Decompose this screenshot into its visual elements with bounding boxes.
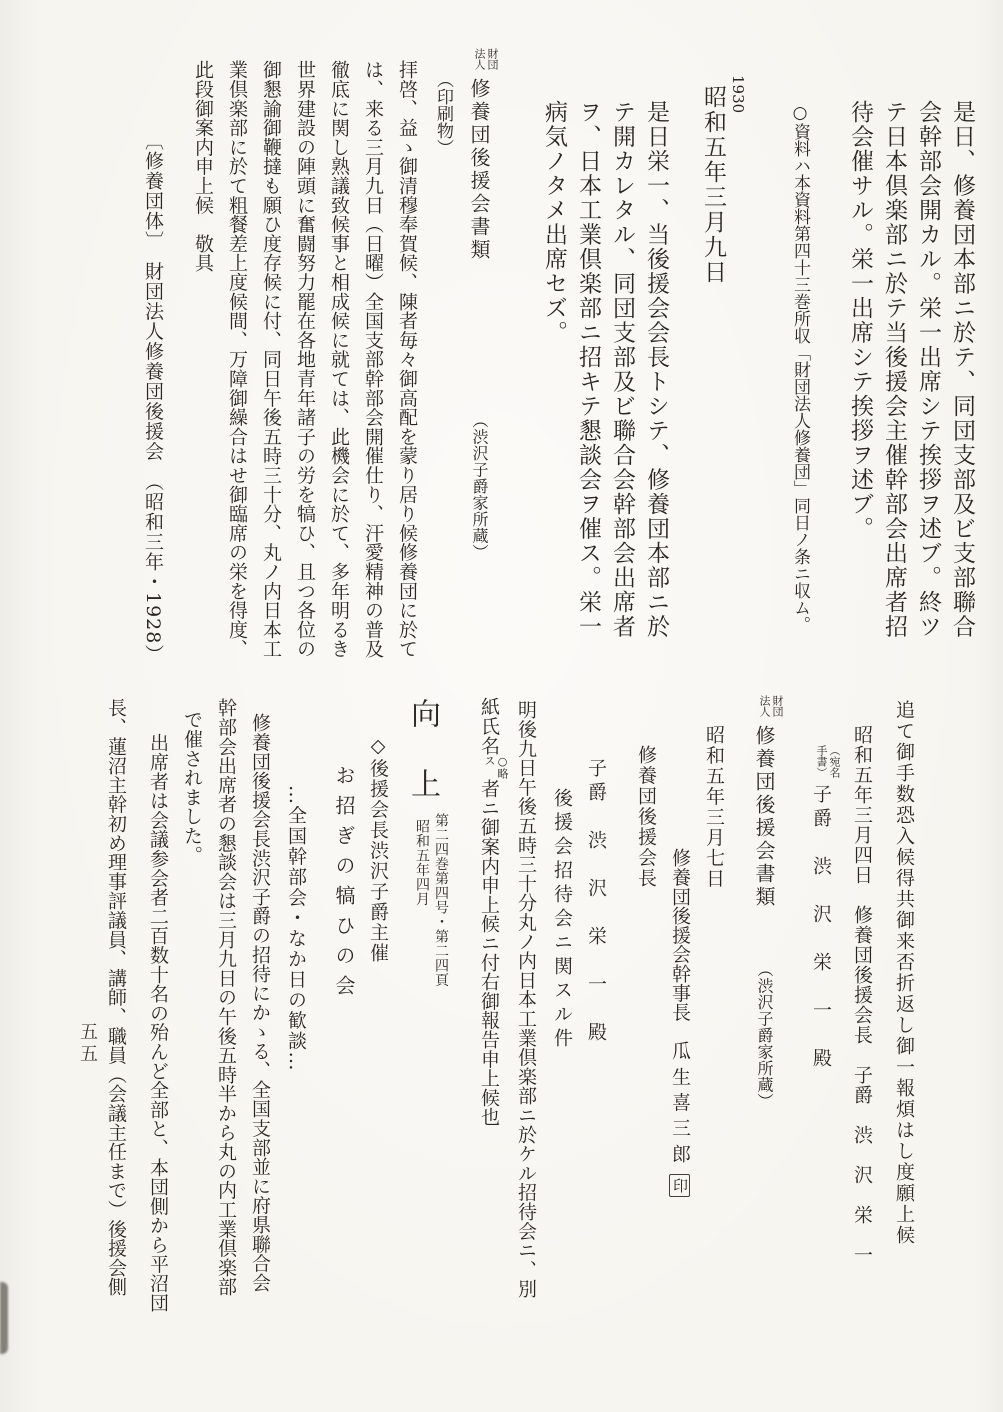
letter-closing: 此段御案内申上候 敬具 <box>186 45 220 667</box>
omission-note: ○略ス <box>483 755 509 779</box>
magazine-title-column: 向 上第二四巻第四号・第二四頁昭和五年四月 <box>405 695 450 1295</box>
article-body-line: 出席者は会議参会者二百数十名の殆んど全部と、本団側から平沼団 <box>141 695 175 1295</box>
org-name-small: 財団法人 <box>473 48 499 70</box>
format-note: （印刷物） <box>428 45 458 667</box>
source-citation: 〔修養団体〕 財団法人修養団後援会 （昭和三年・1928） <box>136 45 170 667</box>
entry-continuation-line: 会幹部会開カル。栄一出席シテ挨拶ヲ述ブ。終ツ <box>911 45 945 667</box>
entry-block-bottom: 追て御手数恐入候得共御来否折返し御一報煩はし度願上候 昭和五年三月四日 修養団後… <box>99 695 921 1295</box>
provenance-note: （渋沢子爵家所蔵） <box>755 961 774 1110</box>
seal-stamp: 印 <box>669 1174 690 1197</box>
document-title: 修養団後援会書類 <box>752 725 776 909</box>
article-subtitle: …全国幹部会・なか日の歓談… <box>279 695 313 1295</box>
document-title: 修養団後援会書類 <box>467 78 491 262</box>
article-body-line: 幹部会出席者の懇談会は三月九日の午後五時半から丸の内工業倶楽部 <box>209 695 243 1295</box>
report-body-text: 紙氏名 <box>478 697 500 755</box>
address-handwritten-note: （宛名手書） <box>815 745 841 778</box>
report-date: 昭和五年三月七日 <box>697 695 731 1295</box>
date-heading: 昭和五年三月九日 <box>699 45 727 667</box>
entry-line: テ開カレタル、同団支部及ビ聯合会幹部会出席者 <box>605 45 639 667</box>
letter-line: 御懇諭御鞭撻も願ひ度存候に付、同日午後五時三十分、丸ノ内日本工 <box>254 45 288 667</box>
scan-smudge <box>0 1282 8 1354</box>
report-subject: 後援会招待会ニ関スル件 <box>545 695 579 1295</box>
magazine-issue: 第二四巻第四号・第二四頁 <box>431 813 450 987</box>
letter-line: 拝啓、益ゝ御清穆奉賀候、陳者毎々御高配を蒙り居り候修養団に於て <box>390 45 424 667</box>
letter-line: は、来る三月九日（日曜）全国支部幹部会開催仕り、汗愛精神の普及 <box>356 45 390 667</box>
article-body-line: 長、蓮沼主幹初め理事評議員、講師、職員（会議主任まで）後援会側 <box>99 695 133 1295</box>
article-body-line: で催されました。 <box>175 695 209 1295</box>
org-name-small: 財団法人 <box>758 695 784 717</box>
magazine-date: 昭和五年四月 <box>412 813 431 987</box>
document-title-column: 財団法人修養団後援会書類（渋沢子爵家所蔵） <box>747 695 784 1295</box>
magazine-issue-note: 第二四巻第四号・第二四頁昭和五年四月 <box>412 813 450 987</box>
entry-line: 病気ノタメ出席セズ。 <box>537 45 571 667</box>
recipient-name: 子爵 渋 沢 栄 一 殿 <box>579 695 613 1295</box>
report-body-text: 者ニ御案内申上候ニ付右御報告申上候也 <box>478 779 500 1126</box>
postscript-line: 追て御手数恐入候得共御来否折返し御一報煩はし度願上候 <box>887 695 921 1295</box>
magazine-title: 向 上 <box>405 698 440 803</box>
entry-continuation-line: 待会催サル。栄一出席シテ挨拶ヲ述ブ。 <box>843 45 877 667</box>
article-title: お招ぎの犒ひの会 <box>327 695 361 1295</box>
article-heading: ◇後援会長渋沢子爵主催 <box>361 695 395 1295</box>
entry-continuation-line: テ日本倶楽部ニ於テ当後援会主催幹部会出席者招 <box>877 45 911 667</box>
letter-line: 徹底に関し熟議致候事と相成候に就ては、此機会に於て、多年明るき <box>322 45 356 667</box>
entry-line: 是日栄一、当後援会会長トシテ、修養団本部ニ於 <box>639 45 673 667</box>
entry-block-top: 是日、修養団本部ニ於テ、同団支部及ビ支部聯合 会幹部会開カル。栄一出席シテ挨拶ヲ… <box>136 45 979 667</box>
source-note: ○資料ハ本資料第四十三巻所収「財団法人修養団」同日ノ条ニ収ム。 <box>785 45 815 667</box>
addressee-name: 子爵 渋 沢 栄 一 殿 <box>810 784 832 1072</box>
sender-date-line: 昭和五年三月四日 修養団後援会長 子爵 渋 沢 栄 一 <box>845 695 879 1295</box>
page-number: 五五 <box>74 1022 100 1066</box>
entry-continuation-line: 是日、修養団本部ニ於テ、同団支部及ビ支部聯合 <box>945 45 979 667</box>
addressee-column: （宛名手書）子爵 渋 沢 栄 一 殿 <box>804 695 841 1295</box>
report-body-line: 明後九日午後五時三十分丸ノ内日本工業倶楽部ニ於ケル招待会ニ、別 <box>509 695 543 1295</box>
report-body-line: 紙氏名○略ス者ニ御案内申上候ニ付右御報告申上候也 <box>472 695 509 1295</box>
letter-line: 世界建設の陣頭に奮闘努力罷在各地青年諸子の労を犒ひ、且つ各位の <box>288 45 322 667</box>
document-title-column: 財団法人修養団後援会書類（渋沢子爵家所蔵） <box>462 45 499 667</box>
provenance-note: （渋沢子爵家所蔵） <box>470 412 489 561</box>
letter-line: 業倶楽部に於て粗餐差上度候間、万障御繰合はせ御臨席の栄を得度、 <box>220 45 254 667</box>
report-sender-column: 修養団後援会幹事長 瓜 生 喜 三 郎印 <box>663 695 697 1295</box>
recipient-title: 修養団後援会長 <box>629 695 663 1295</box>
report-sender: 修養団後援会幹事長 瓜 生 喜 三 郎 <box>669 848 691 1163</box>
entry-line: ヲ、日本工業倶楽部ニ招キテ懇談会ヲ催ス。栄一 <box>571 45 605 667</box>
article-body-line: 修養団後援会長渋沢子爵の招待にかゝる、全国支部並に府県聯合会 <box>243 695 277 1295</box>
western-year: 1930 <box>729 45 747 667</box>
